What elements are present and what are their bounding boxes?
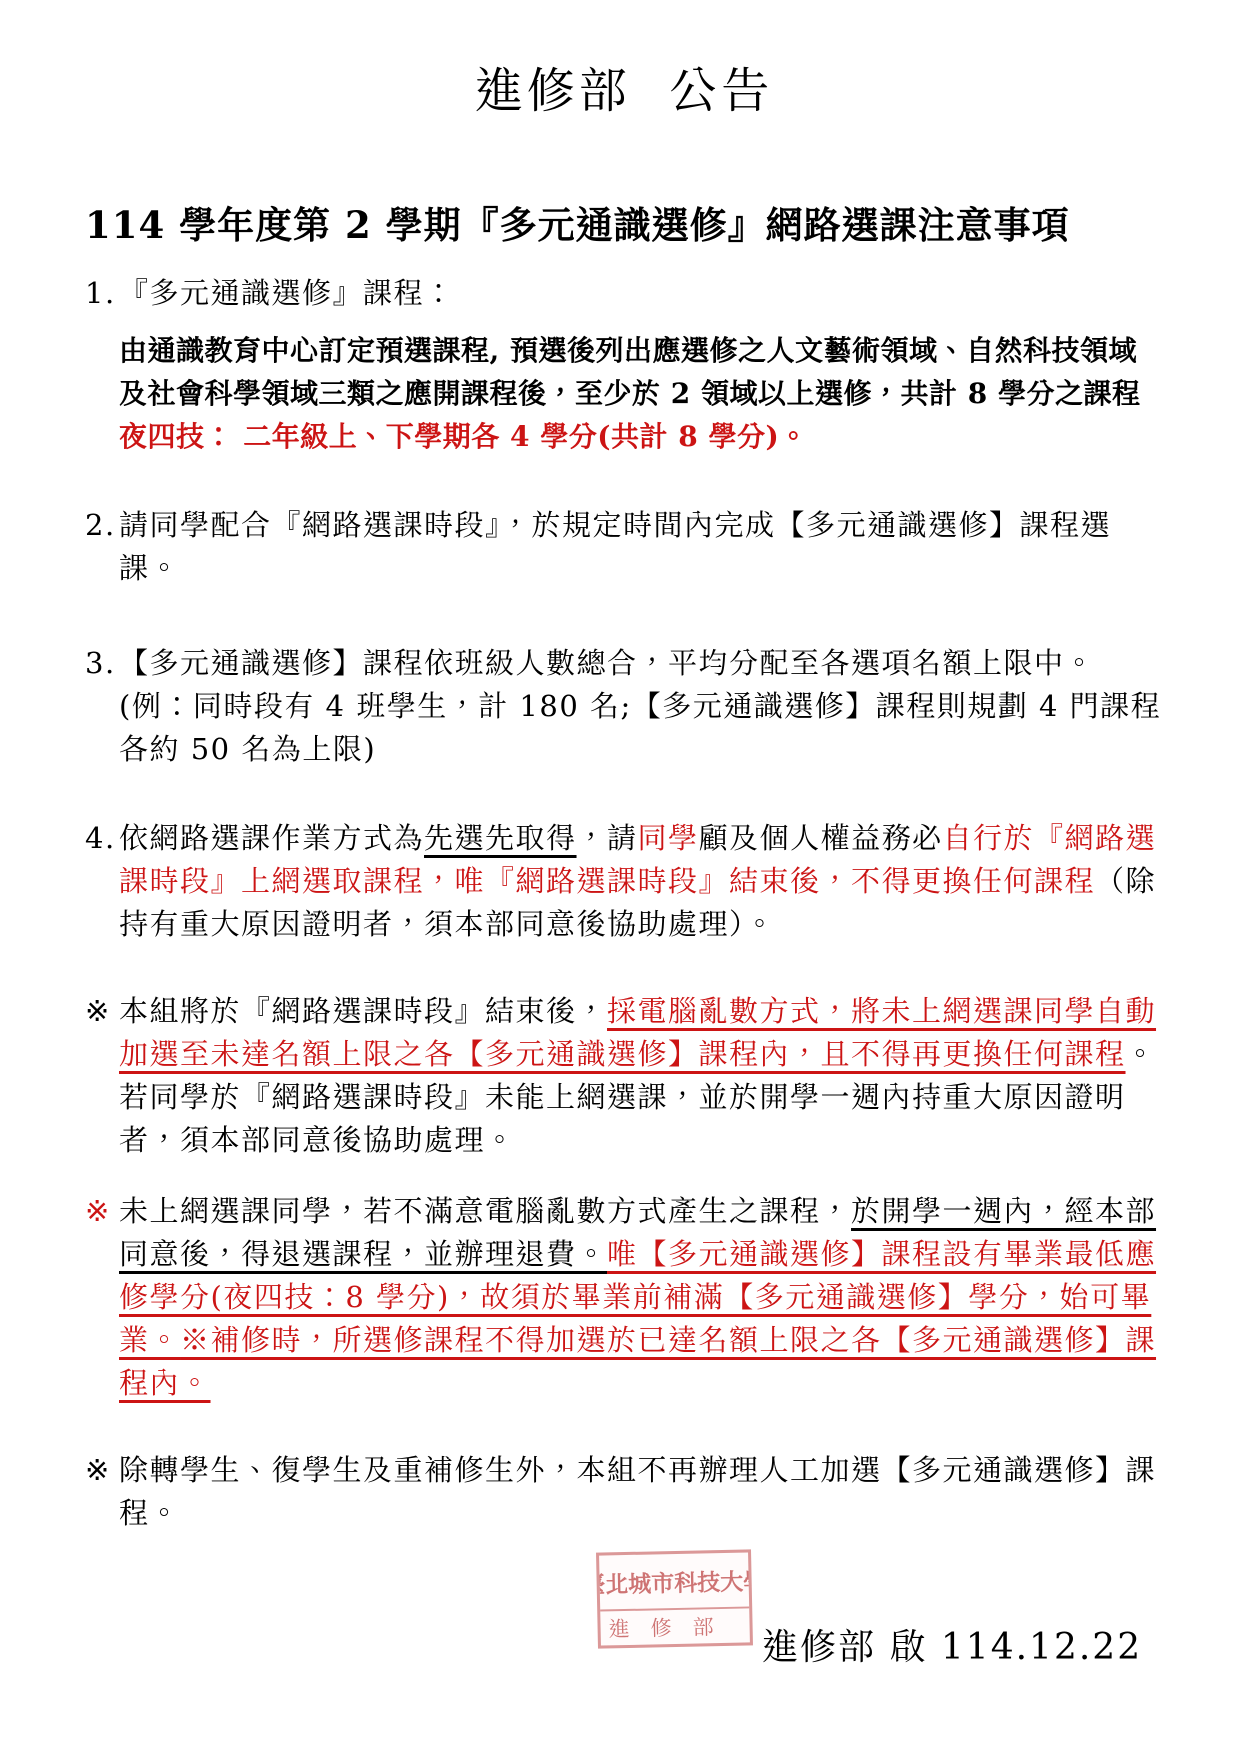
text-run-underlined: 先選先取得 [424, 821, 577, 855]
list-item-1: 1. 『多元通識選修』課程： 由通識教育中心訂定預選課程, 預選後列出應選修之人… [85, 272, 1163, 458]
list-item-2: 2. 請同學配合『網路選課時段』，於規定時間內完成【多元通識選修】課程選課。 [85, 504, 1163, 590]
page-title: 進修部 公告 [85, 58, 1163, 124]
text-run: 本組將於『網路選課時段』結束後， [119, 994, 607, 1028]
stamp-department-name: 進 修 部 [600, 1608, 750, 1645]
university-stamp: 臺北城市科技大學 進 修 部 [596, 1549, 753, 1648]
item-1-marker: 1. [85, 272, 119, 315]
note-block-red-text: 夜四技： 二年級上、下學期各 4 學分(共計 8 學分)。 [119, 415, 1163, 458]
item-3-text: 【多元通識選修】課程依班級人數總合，平均分配至各選項名額上限中。(例：同時段有 … [119, 646, 1161, 766]
note-3-marker: ※ [85, 1449, 119, 1492]
item-1-note-block: 由通識教育中心訂定預選課程, 預選後列出應選修之人文藝術領域、自然科技領域及社會… [119, 329, 1163, 458]
item-2-text: 請同學配合『網路選課時段』，於規定時間內完成【多元通識選修】課程選課。 [119, 508, 1111, 585]
special-note-2: ※ 未上網選課同學，若不滿意電腦亂數方式產生之課程，於開學一週內，經本部同意後，… [85, 1190, 1163, 1405]
text-run-red: 同學 [638, 821, 699, 855]
note-3-text: 除轉學生、復學生及重補修生外，本組不再辦理人工加選【多元通識選修】課程。 [119, 1453, 1156, 1530]
note-2-marker: ※ [85, 1190, 119, 1233]
text-run: 顧及個人權益務必 [699, 821, 943, 855]
announcement-page: 進修部 公告 114 學年度第 2 學期『多元通識選修』網路選課注意事項 1. … [0, 0, 1241, 1755]
item-2-marker: 2. [85, 504, 119, 547]
text-run-red-underlined: ※補修時，所選修課程不得加選於已達名額上限之各【多元通識選修】課程內。 [119, 1323, 1156, 1400]
footer: 臺北城市科技大學 進 修 部 進修部 啟 114.12.22 [85, 1549, 1163, 1719]
item-1-text: 『多元通識選修』課程： [119, 276, 455, 310]
text-run: 未上網選課同學，若不滿意電腦亂數方式產生之課程， [119, 1194, 851, 1228]
signature-line: 進修部 啟 114.12.22 [762, 1619, 1142, 1670]
stamp-university-name: 臺北城市科技大學 [599, 1552, 749, 1611]
list-item-3: 3. 【多元通識選修】課程依班級人數總合，平均分配至各選項名額上限中。(例：同時… [85, 642, 1163, 771]
list-item-4: 4. 依網路選課作業方式為先選先取得，請同學顧及個人權益務必自行於『網路選課時段… [85, 817, 1163, 946]
note-1-marker: ※ [85, 990, 119, 1033]
text-run: ，請 [577, 821, 638, 855]
text-run: 依網路選課作業方式為 [119, 821, 424, 855]
special-note-1: ※ 本組將於『網路選課時段』結束後，採電腦亂數方式，將未上網選課同學自動加選至未… [85, 990, 1163, 1162]
item-4-marker: 4. [85, 817, 119, 860]
announcement-heading: 114 學年度第 2 學期『多元通識選修』網路選課注意事項 [85, 200, 1163, 250]
note-block-black-text: 由通識教育中心訂定預選課程, 預選後列出應選修之人文藝術領域、自然科技領域及社會… [119, 334, 1140, 410]
item-3-marker: 3. [85, 642, 119, 685]
special-note-3: ※ 除轉學生、復學生及重補修生外，本組不再辦理人工加選【多元通識選修】課程。 [85, 1449, 1163, 1535]
